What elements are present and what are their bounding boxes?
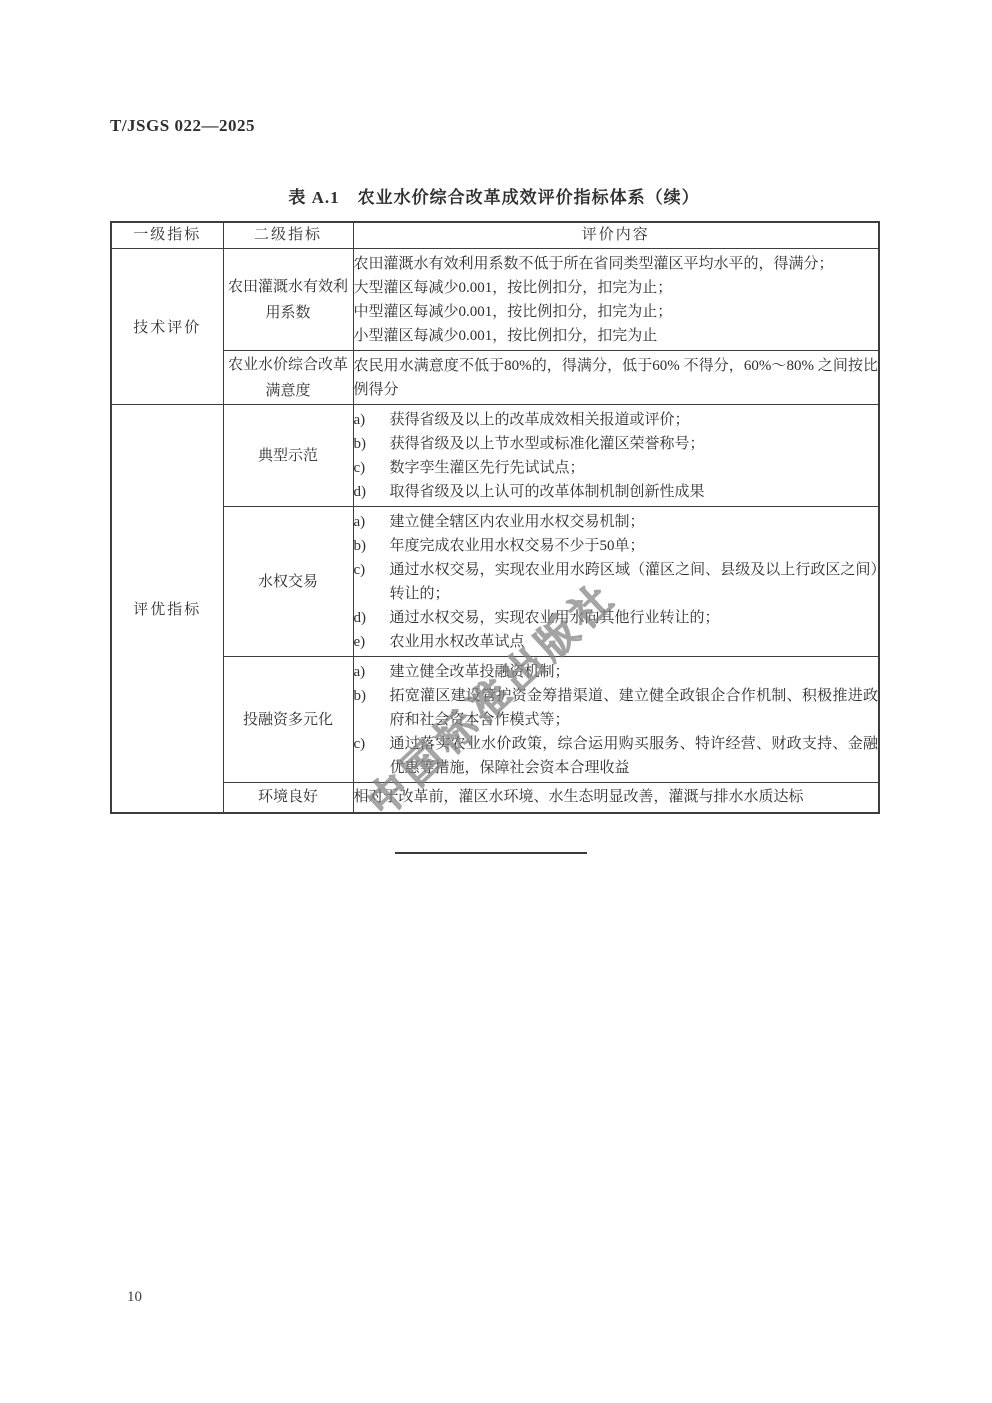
content-line: 小型灌区每减少0.001，按比例扣分，扣完为止 [354,324,879,348]
list-item: b)年度完成农业用水权交易不少于50单； [354,534,879,558]
list-item: e)农业用水权改革试点 [354,630,879,654]
evaluation-content-cell: 相对于改革前，灌区水环境、水生态明显改善，灌溉与排水水质达标 [353,783,879,813]
list-item-text: 数字孪生灌区先行先试试点； [390,456,879,480]
list-item: d)取得省级及以上认可的改革体制机制创新性成果 [354,480,879,504]
list-item-marker: d) [354,606,390,630]
table-row: 投融资多元化a)建立健全改革投融资机制；b)拓宽灌区建设管护资金筹措渠道、建立健… [111,657,879,783]
evaluation-content-cell: a)建立健全改革投融资机制；b)拓宽灌区建设管护资金筹措渠道、建立健全政银企合作… [353,657,879,783]
list-item-text: 获得省级及以上的改革成效相关报道或评价； [390,408,879,432]
level2-indicator-cell: 农田灌溉水有效利用系数 [223,249,353,351]
indicator-table: 一级指标 二级指标 评价内容 技术评价农田灌溉水有效利用系数农田灌溉水有效利用系… [110,221,880,814]
content-paragraph: 相对于改革前，灌区水环境、水生态明显改善，灌溉与排水水质达标 [354,785,879,809]
level2-indicator-cell: 水权交易 [223,507,353,657]
level1-indicator-cell: 技术评价 [111,249,223,405]
header-level2-indicator: 二级指标 [223,222,353,249]
document-page: T/JSGS 022—2025 表 A.1 农业水价综合改革成效评价指标体系（续… [0,0,992,1403]
list-item-marker: c) [354,558,390,606]
content-line: 农田灌溉水有效利用系数不低于所在省同类型灌区平均水平的，得满分； [354,252,879,276]
list-item-marker: b) [354,432,390,456]
list-item-marker: b) [354,534,390,558]
table-row: 评优指标典型示范a)获得省级及以上的改革成效相关报道或评价；b)获得省级及以上节… [111,405,879,507]
list-item-text: 获得省级及以上节水型或标准化灌区荣誉称号； [390,432,879,456]
doc-code: T/JSGS 022—2025 [110,116,255,136]
list-item-marker: a) [354,660,390,684]
header-evaluation-content: 评价内容 [353,222,879,249]
evaluation-content-cell: 农民用水满意度不低于80%的，得满分，低于60% 不得分，60%～80% 之间按… [353,351,879,405]
table-row: 技术评价农田灌溉水有效利用系数农田灌溉水有效利用系数不低于所在省同类型灌区平均水… [111,249,879,351]
list-item: a)建立健全辖区内农业用水权交易机制； [354,510,879,534]
level1-indicator-cell: 评优指标 [111,405,223,813]
list-item-marker: b) [354,684,390,732]
content-paragraph: 农民用水满意度不低于80%的，得满分，低于60% 不得分，60%～80% 之间按… [354,354,879,402]
list-item-text: 建立健全辖区内农业用水权交易机制； [390,510,879,534]
list-item-marker: e) [354,630,390,654]
list-item-text: 通过水权交易，实现农业用水向其他行业转让的； [390,606,879,630]
list-item: b)拓宽灌区建设管护资金筹措渠道、建立健全政银企合作机制、积极推进政府和社会资本… [354,684,879,732]
level2-indicator-cell: 农业水价综合改革满意度 [223,351,353,405]
evaluation-content-cell: a)建立健全辖区内农业用水权交易机制；b)年度完成农业用水权交易不少于50单；c… [353,507,879,657]
list-item-marker: d) [354,480,390,504]
list-item-marker: c) [354,732,390,780]
end-of-document-rule [395,852,587,854]
level2-indicator-cell: 投融资多元化 [223,657,353,783]
level2-indicator-cell: 环境良好 [223,783,353,813]
list-item-text: 农业用水权改革试点 [390,630,879,654]
list-item-marker: c) [354,456,390,480]
content-line: 中型灌区每减少0.001，按比例扣分，扣完为止； [354,300,879,324]
evaluation-content-cell: 农田灌溉水有效利用系数不低于所在省同类型灌区平均水平的，得满分；大型灌区每减少0… [353,249,879,351]
list-item: b)获得省级及以上节水型或标准化灌区荣誉称号； [354,432,879,456]
page-number: 10 [127,1289,142,1306]
list-item-text: 年度完成农业用水权交易不少于50单； [390,534,879,558]
list-item: c)通过落实农业水价政策，综合运用购买服务、特许经营、财政支持、金融优惠等措施，… [354,732,879,780]
table-title: 表 A.1 农业水价综合改革成效评价指标体系（续） [110,183,878,208]
list-item-marker: a) [354,510,390,534]
list-item-text: 通过落实农业水价政策，综合运用购买服务、特许经营、财政支持、金融优惠等措施，保障… [390,732,879,780]
list-item-text: 取得省级及以上认可的改革体制机制创新性成果 [390,480,879,504]
content-line: 大型灌区每减少0.001，按比例扣分，扣完为止； [354,276,879,300]
list-item-text: 通过水权交易，实现农业用水跨区域（灌区之间、县级及以上行政区之间）转让的； [390,558,879,606]
table-header: 一级指标 二级指标 评价内容 [111,222,879,249]
table-row: 农业水价综合改革满意度农民用水满意度不低于80%的，得满分，低于60% 不得分，… [111,351,879,405]
list-item: c)数字孪生灌区先行先试试点； [354,456,879,480]
table-row: 环境良好相对于改革前，灌区水环境、水生态明显改善，灌溉与排水水质达标 [111,783,879,813]
list-item-text: 拓宽灌区建设管护资金筹措渠道、建立健全政银企合作机制、积极推进政府和社会资本合作… [390,684,879,732]
header-level1-indicator: 一级指标 [111,222,223,249]
header-row: 一级指标 二级指标 评价内容 [111,222,879,249]
table-row: 水权交易a)建立健全辖区内农业用水权交易机制；b)年度完成农业用水权交易不少于5… [111,507,879,657]
list-item: a)获得省级及以上的改革成效相关报道或评价； [354,408,879,432]
list-item-text: 建立健全改革投融资机制； [390,660,879,684]
list-item: c)通过水权交易，实现农业用水跨区域（灌区之间、县级及以上行政区之间）转让的； [354,558,879,606]
list-item: d)通过水权交易，实现农业用水向其他行业转让的； [354,606,879,630]
list-item-marker: a) [354,408,390,432]
evaluation-content-cell: a)获得省级及以上的改革成效相关报道或评价；b)获得省级及以上节水型或标准化灌区… [353,405,879,507]
table-body: 技术评价农田灌溉水有效利用系数农田灌溉水有效利用系数不低于所在省同类型灌区平均水… [111,249,879,813]
level2-indicator-cell: 典型示范 [223,405,353,507]
list-item: a)建立健全改革投融资机制； [354,660,879,684]
